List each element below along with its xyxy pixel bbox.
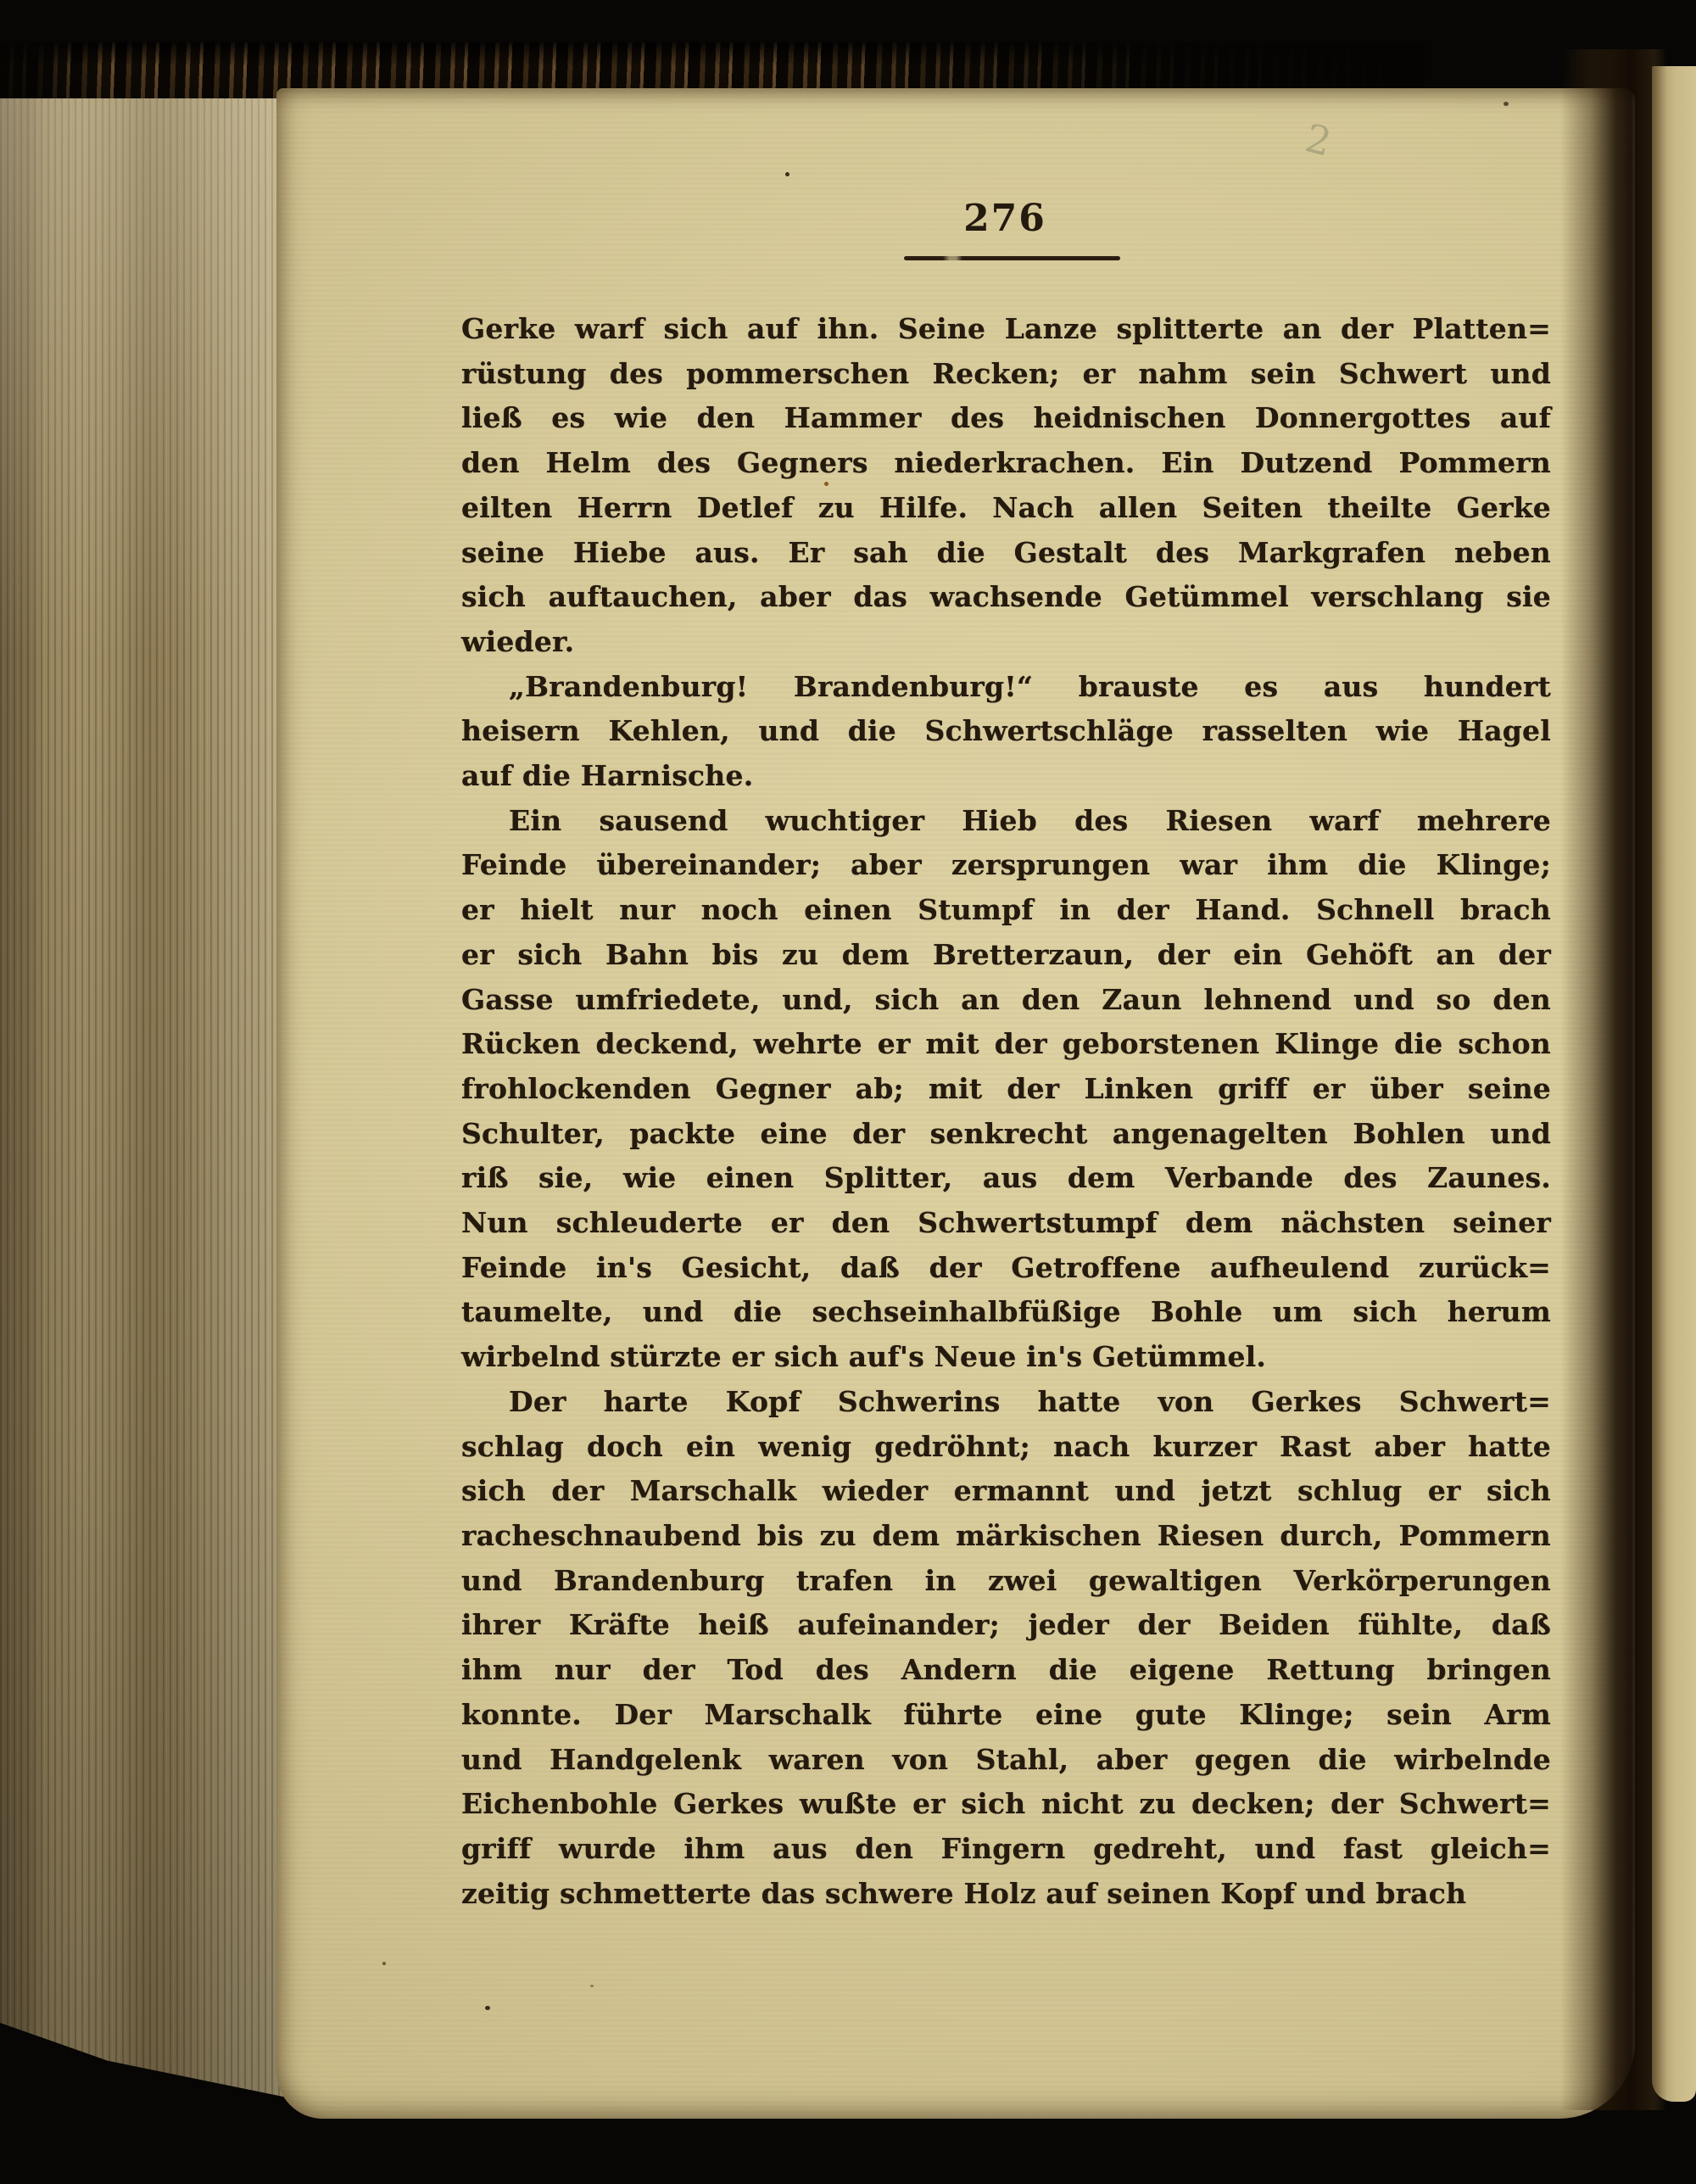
pencil-mark: 2 [1301,115,1336,165]
text-line: „Brandenburg! Brandenburg!“ brauste es a… [461,665,1551,710]
text-line: den Helm des Gegners niederkrachen. Ein … [461,441,1551,486]
text-line: heisern Kehlen, und die Schwertschläge r… [461,709,1551,754]
text-line: Rücken deckend, wehrte er mit der gebors… [461,1022,1551,1067]
text-line: rüstung des pommerschen Recken; er nahm … [461,352,1551,397]
text-line: Der harte Kopf Schwerins hatte von Gerke… [461,1380,1551,1425]
text-line: konnte. Der Marschalk führte eine gute K… [461,1693,1551,1738]
text-line: wieder. [461,620,1551,665]
text-line: er hielt nur noch einen Stumpf in der Ha… [461,888,1551,933]
page-number-underline [904,256,1120,260]
text-line: griff wurde ihm aus den Fingern gedreht,… [461,1827,1551,1872]
text-line: Ein sausend wuchtiger Hieb des Riesen wa… [461,799,1551,844]
gutter-shadow [1560,49,1667,2110]
text-line: riß sie, wie einen Splitter, aus dem Ver… [461,1156,1551,1201]
text-line: zeitig schmetterte das schwere Holz auf … [461,1872,1551,1917]
text-line: Feinde in's Gesicht, daß der Getroffene … [461,1246,1551,1291]
text-line: Feinde übereinander; aber zersprungen wa… [461,843,1551,888]
text-line: und Brandenburg trafen in zwei gewaltige… [461,1559,1551,1604]
text-line: ihm nur der Tod des Andern die eigene Re… [461,1648,1551,1693]
text-line: racheschnaubend bis zu dem märkischen Ri… [461,1514,1551,1559]
body-text: Gerke warf sich auf ihn. Seine Lanze spl… [461,307,1551,1916]
stacked-pages-fore-edge [0,98,283,2097]
ink-speck [485,2006,490,2010]
ink-speck [785,172,789,176]
text-line: sich der Marschalk wieder ermannt und je… [461,1469,1551,1514]
text-line: er sich Bahn bis zu dem Bretterzaun, der… [461,933,1551,978]
text-line: Schulter, packte eine der senkrecht ange… [461,1112,1551,1157]
text-line: sich auftauchen, aber das wachsende Getü… [461,575,1551,620]
text-line: Gerke warf sich auf ihn. Seine Lanze spl… [461,307,1551,352]
text-line: und Handgelenk waren von Stahl, aber geg… [461,1738,1551,1783]
text-line: seine Hiebe aus. Er sah die Gestalt des … [461,531,1551,576]
page-number: 276 [920,197,1090,240]
text-line: Nun schleuderte er den Schwertstumpf dem… [461,1201,1551,1246]
text-line: Gasse umfriedete, und, sich an den Zaun … [461,978,1551,1023]
book-photo: 276 2 Gerke warf sich auf ihn. Seine Lan… [0,0,1696,2184]
ink-speck [590,1985,594,1987]
ink-speck [824,482,828,486]
text-line: ihrer Kräfte heiß aufeinander; jeder der… [461,1603,1551,1648]
text-line: Eichenbohle Gerkes wußte er sich nicht z… [461,1782,1551,1827]
text-line: taumelte, und die sechseinhalbfüßige Boh… [461,1290,1551,1335]
text-line: frohlockenden Gegner ab; mit der Linken … [461,1067,1551,1112]
text-line: ließ es wie den Hammer des heidnischen D… [461,396,1551,441]
text-line: wirbelnd stürzte er sich auf's Neue in's… [461,1335,1551,1380]
text-line: auf die Harnische. [461,754,1551,799]
text-line: schlag doch ein wenig gedröhnt; nach kur… [461,1425,1551,1470]
ink-speck [382,1962,386,1965]
book-page: 276 2 Gerke warf sich auf ihn. Seine Lan… [276,88,1635,2119]
ink-speck [1504,102,1509,106]
text-line: eilten Herrn Detlef zu Hilfe. Nach allen… [461,486,1551,531]
